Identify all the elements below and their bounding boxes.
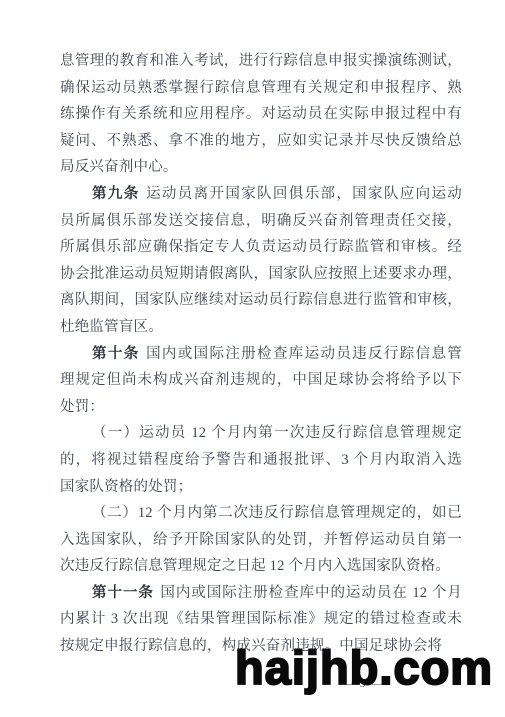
text-line: 疑问、不熟悉、拿不准的地方，应如实记录并尽快反馈给总 xyxy=(60,128,462,155)
text-line: 处罚： xyxy=(60,394,462,421)
article-number-label: 第十条 xyxy=(92,346,140,362)
text-line: 的，将视过错程度给予警告和通报批评、3 个月内取消入选 xyxy=(60,447,462,474)
article-number-label: 第九条 xyxy=(92,186,140,202)
text-line: 入选国家队，给予开除国家队的处罚，并暂停运动员自第一 xyxy=(60,527,462,554)
text-line: 确保运动员熟悉掌握行踪信息管理有关规定和申报程序、熟 xyxy=(60,75,462,102)
text-line: 练操作有关系统和应用程序。对运动员在实际申报过程中有 xyxy=(60,101,462,128)
text-line: 所属俱乐部应确保指定专人负责运动员行踪监管和审核。经 xyxy=(60,234,462,261)
text-line: 杜绝监管盲区。 xyxy=(60,314,462,341)
document-body-text: 息管理的教育和准入考试，进行行踪信息申报实操演练测试，确保运动员熟悉掌握行踪信息… xyxy=(60,48,462,660)
text-line: 第九条运动员离开国家队回俱乐部，国家队应向运动 xyxy=(60,181,462,208)
watermark-text: haijhb.com xyxy=(235,644,493,691)
text-line: （二）12 个月内第二次违反行踪信息管理规定的，如已 xyxy=(60,500,462,527)
text-line: 息管理的教育和准入考试，进行行踪信息申报实操演练测试， xyxy=(60,48,462,75)
text-line: 次违反行踪信息管理规定之日起 12 个月内入选国家队资格。 xyxy=(60,553,462,580)
text-line: （一）运动员 12 个月内第一次违反行踪信息管理规定 xyxy=(60,420,462,447)
text-line: 理规定但尚未构成兴奋剂违规的，中国足球协会将给予以下 xyxy=(60,367,462,394)
article-number-label: 第十一条 xyxy=(92,585,154,601)
scanned-document-page: 息管理的教育和准入考试，进行行踪信息申报实操演练测试，确保运动员熟悉掌握行踪信息… xyxy=(0,0,505,717)
text-line: 第十一条国内或国际注册检查库中的运动员在 12 个月 xyxy=(60,580,462,607)
text-line: 离队期间，国家队应继续对运动员行踪信息进行监管和审核， xyxy=(60,287,462,314)
text-line: 局反兴奋剂中心。 xyxy=(60,154,462,181)
text-line: 国家队资格的处罚； xyxy=(60,474,462,501)
text-line: 协会批准运动员短期请假离队，国家队应按照上述要求办理， xyxy=(60,261,462,288)
text-line: 第十条国内或国际注册检查库运动员违反行踪信息管 xyxy=(60,341,462,368)
text-line: 内累计 3 次出现《结果管理国际标准》规定的错过检查或未 xyxy=(60,606,462,633)
text-line: 员所属俱乐部发送交接信息，明确反兴奋剂管理责任交接， xyxy=(60,208,462,235)
